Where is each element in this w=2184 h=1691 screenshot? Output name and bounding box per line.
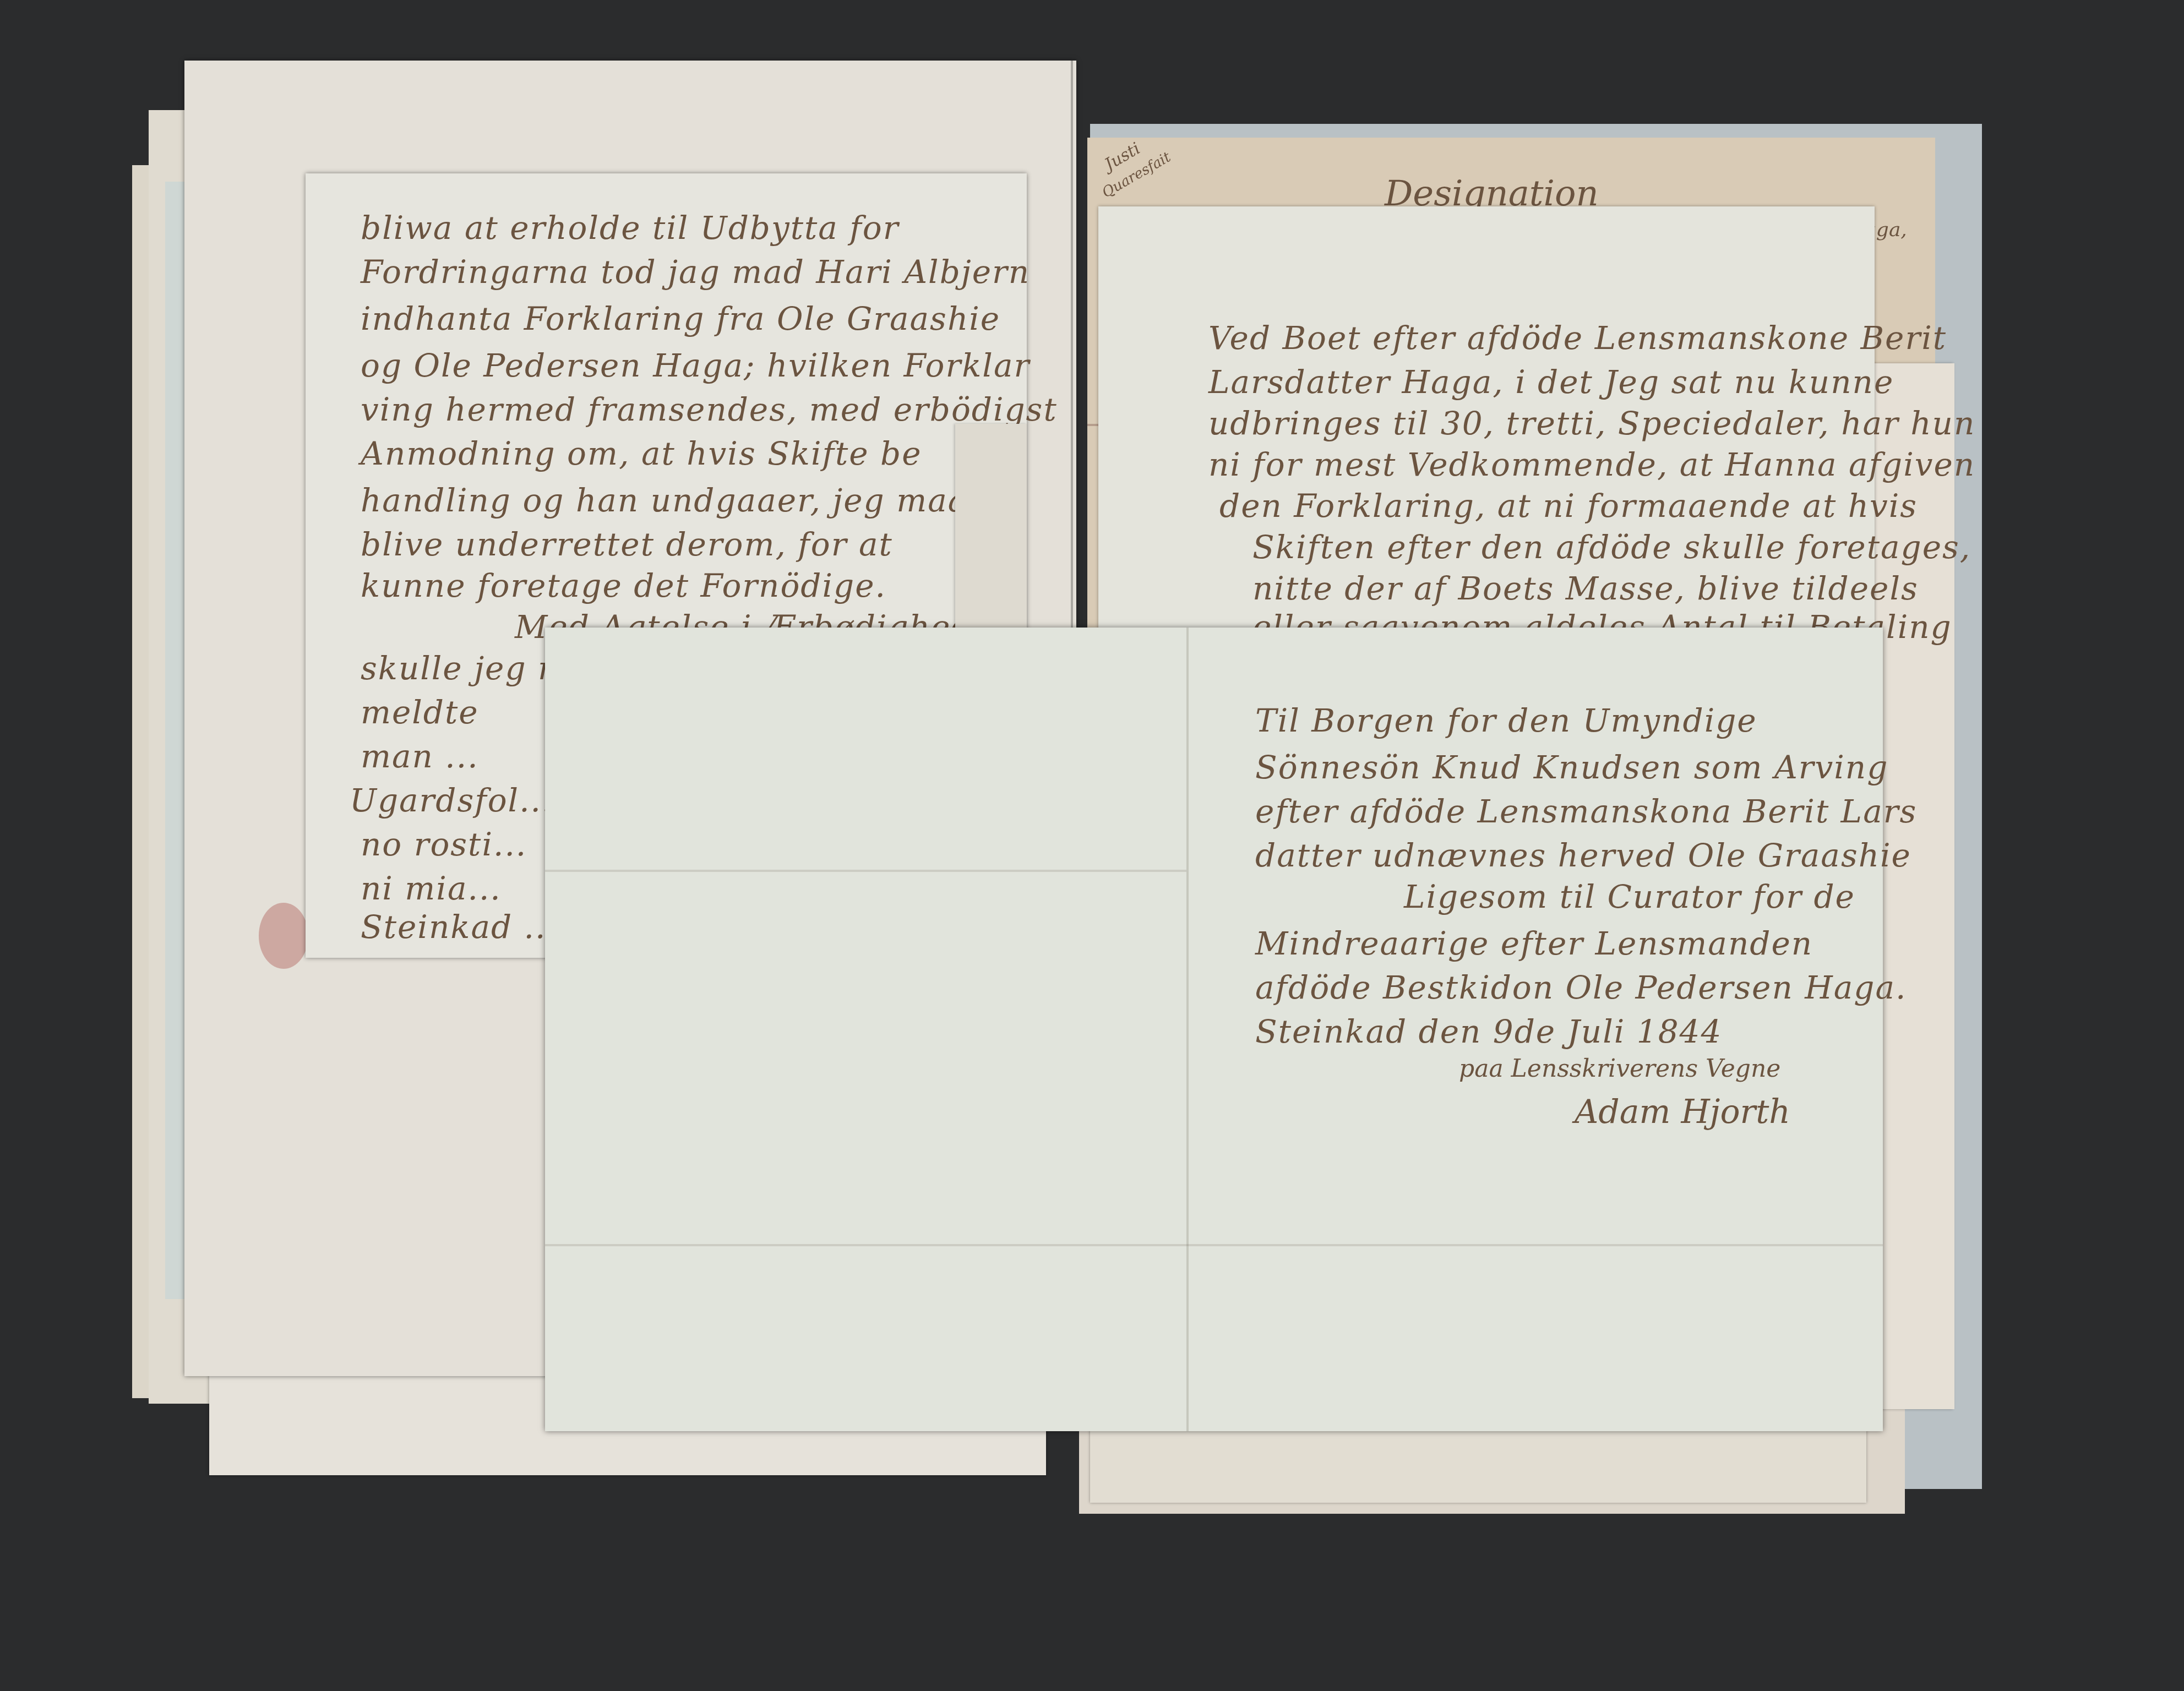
front-letter-line: Steinkad den 9de Juli 1844 [1255, 1016, 1722, 1048]
wax-seal [259, 903, 308, 969]
right-letter-line: Ved Boet efter afdöde Lensmanskone Berit [1208, 322, 1947, 354]
left-letter-line: ving hermed framsendes, med erbödigst [361, 394, 1058, 426]
front-letter-line: Til Borgen for den Umyndige [1255, 705, 1757, 737]
left-letter-line: Ugardsfol... [350, 784, 553, 816]
left-letter-line: Fordringarna tod jag mad Hari Albjern [361, 256, 1030, 288]
left-letter-line: handling og han undgaaer, jeg maa [361, 484, 968, 516]
right-letter-line: nitte der af Boets Masse, blive tildeels [1252, 572, 1919, 604]
signature-prefix: paa Lensskriverens Vegne [1459, 1057, 1780, 1081]
left-letter-line: Anmodning om, at hvis Skifte be [361, 438, 922, 470]
right-letter-line: den Forklaring, at ni formaaende at hvis [1219, 490, 1918, 522]
front-letter-line: Sönnesön Knud Knudsen som Arving [1255, 751, 1888, 783]
front-letter-line: Ligesom til Curator for de [1404, 881, 1855, 913]
front-letter-line: afdöde Bestkidon Ole Pedersen Haga. [1255, 972, 1907, 1003]
right-letter-line: udbringes til 30, tretti, Speciedaler, h… [1208, 407, 1975, 439]
center-fold [1186, 628, 1189, 1431]
front-letter-line: efter afdöde Lensmanskona Berit Lars [1255, 795, 1917, 827]
right-letter: Ved Boet efter afdöde Lensmanskone Berit… [1098, 206, 1875, 647]
left-letter-line: bliwa at erholde til Udbytta for [361, 212, 899, 244]
right-letter-line: ni for mest Vedkommende, at Hanna afgive… [1208, 449, 1975, 481]
left-letter-line: blive underrettet derom, for at [361, 528, 893, 560]
right-letter-line: Larsdatter Haga, i det Jeg sat nu kunne [1208, 366, 1894, 398]
left-letter-line: man ... [361, 740, 479, 772]
front-letter: Til Borgen for den Umyndige Sönnesön Knu… [545, 628, 1883, 1431]
front-letter-line: Mindreaarige efter Lensmanden [1255, 928, 1813, 959]
horizontal-fold [545, 870, 1186, 872]
left-letter-line: meldte [361, 696, 479, 728]
horizontal-fold [545, 1244, 1883, 1246]
front-letter-line: datter udnævnes herved Ole Graashie [1255, 839, 1911, 871]
left-letter-line: ni mia... [361, 872, 502, 904]
left-letter-line: Steinkad ... [361, 911, 558, 943]
signature: Adam Hjorth [1575, 1095, 1790, 1128]
left-letter-line: no rosti... [361, 828, 527, 860]
left-letter-line: kunne foretage det Fornödige. [361, 570, 886, 602]
left-letter-line: og Ole Pedersen Haga; hvilken Forklar [361, 350, 1030, 381]
right-letter-line: Skiften efter den afdöde skulle foretage… [1252, 531, 1971, 563]
left-letter-line: indhanta Forklaring fra Ole Graashie [361, 303, 1000, 335]
